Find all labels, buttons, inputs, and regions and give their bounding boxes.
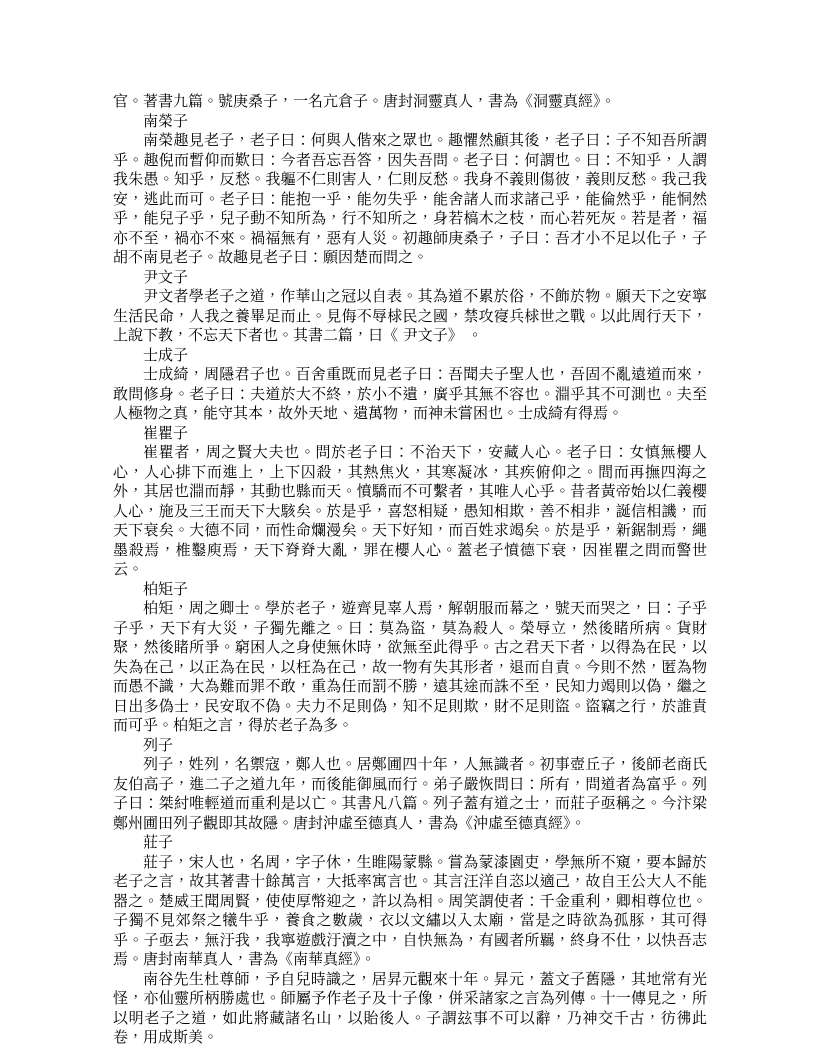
section-heading-shichengzi: 士成子 xyxy=(113,346,707,366)
text-body: 官。著書九篇。號庚桑子，一名亢倉子。唐封洞靈真人，書為《洞靈真經》。 南榮子 南… xyxy=(113,92,707,1048)
paragraph-colophon: 南谷先生杜尊師，予自兒時識之，居昇元觀來十年。昇元，蓋文子舊隱，其地常有光怪，亦… xyxy=(113,970,707,1048)
paragraph-zhuangzi: 莊子，宋人也，名周，字子休，生睢陽蒙縣。嘗為蒙漆園吏，學無所不窺，要本歸於老子之… xyxy=(113,853,707,970)
document-page: 官。著書九篇。號庚桑子，一名亢倉子。唐封洞靈真人，書為《洞靈真經》。 南榮子 南… xyxy=(0,0,816,1056)
section-heading-liezi: 列子 xyxy=(113,736,707,756)
section-heading-cuiquzi: 崔瞿子 xyxy=(113,424,707,444)
section-heading-yinwenzi: 尹文子 xyxy=(113,268,707,288)
section-heading-nanrongzi: 南榮子 xyxy=(113,112,707,132)
paragraph-shichengzi: 士成綺，周隱君子也。百舍重既而見老子曰：吾聞夫子聖人也，吾固不亂遠道而來，敢問修… xyxy=(113,365,707,424)
section-heading-zhuangzi: 莊子 xyxy=(113,833,707,853)
paragraph-nanrongzi: 南榮趣見老子，老子曰：何與人偕來之眾也。趣懼然顧其後，老子曰：子不知吾所謂乎。趣… xyxy=(113,131,707,268)
paragraph-liezi: 列子，姓列，名禦寇，鄭人也。居鄭圃四十年，人無識者。初事壺丘子，後師老商氏友伯高… xyxy=(113,755,707,833)
continuation-paragraph: 官。著書九篇。號庚桑子，一名亢倉子。唐封洞靈真人，書為《洞靈真經》。 xyxy=(113,92,707,112)
paragraph-yinwenzi: 尹文者學老子之道，作華山之冠以自表。其為道不累於俗，不飾於物。願天下之安寧生活民… xyxy=(113,287,707,346)
section-heading-bojuzi: 柏矩子 xyxy=(113,580,707,600)
paragraph-cuiquzi: 崔瞿者，周之賢大夫也。問於老子曰：不治天下，安藏人心。老子曰：女慎無櫻人心，人心… xyxy=(113,443,707,580)
paragraph-bojuzi: 柏矩，周之卿士。學於老子，遊齊見辜人焉，解朝服而幕之，號天而哭之，曰：子乎子乎，… xyxy=(113,599,707,736)
